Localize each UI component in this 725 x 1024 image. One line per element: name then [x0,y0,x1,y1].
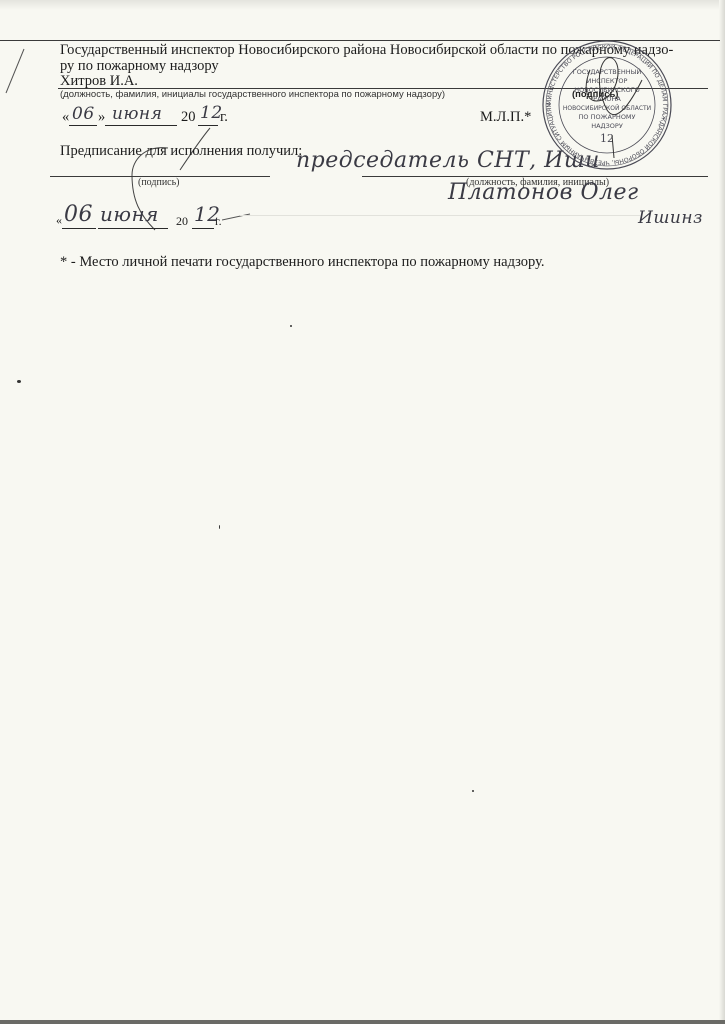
scan-edge-right [719,0,725,1024]
svg-text:ГОСУДАРСТВЕННЫЙ: ГОСУДАРСТВЕННЫЙ [573,67,642,76]
received-date-day-handwritten: 06 [64,202,93,227]
scan-speck [17,380,21,383]
scan-speck [290,325,292,327]
received-date-year-prefix: 20 [176,214,188,229]
footnote: * - Место личной печати государственного… [60,254,545,271]
received-date-day-underline [62,228,96,229]
official-stamp: МИНИСТЕРСТВО РОССИЙСКОЙ ФЕДЕРАЦИИ ПО ДЕЛ… [532,40,682,170]
svg-text:РАЙОНА: РАЙОНА [593,94,621,103]
signature-caption: (подпись) [138,177,180,188]
inspector-caption: (должность, фамилия, инициалы государств… [60,89,445,100]
scan-speck [472,790,474,792]
received-label: Предписание для исполнения получил: [60,143,302,160]
scan-edge-top [0,0,725,10]
svg-text:НОВОСИБИРСКОГО: НОВОСИБИРСКОГО [574,86,640,94]
received-date-open-quote: « [56,213,62,228]
received-date-year-underline [192,228,214,229]
received-date-month-underline [98,228,168,229]
svg-text:ИНСПЕКТОР: ИНСПЕКТОР [587,77,628,85]
stamp-seal-icon: МИНИСТЕРСТВО РОССИЙСКОЙ ФЕДЕРАЦИИ ПО ДЕЛ… [532,40,682,170]
received-name-handwritten-1: Платонов Олег [448,180,639,205]
margin-pen-mark [0,45,30,100]
show-through-line [240,215,640,216]
date-open-quote: « [62,109,69,126]
scan-edge-bottom [0,1020,725,1024]
date-close-quote: » [98,109,105,126]
received-date-suffix: г. [215,214,222,229]
received-date-month-handwritten: июня [100,202,159,226]
scan-speck [219,525,220,529]
svg-text:НАДЗОРУ: НАДЗОРУ [591,122,623,130]
svg-text:НОВОСИБИРСКОЙ ОБЛАСТИ: НОВОСИБИРСКОЙ ОБЛАСТИ [563,105,651,112]
date-flourish [222,210,252,224]
stamp-place-label: М.Л.П.* [480,109,531,126]
date-day-underline [69,125,97,126]
svg-text:ПО ПОЖАРНОМУ: ПО ПОЖАРНОМУ [578,113,635,121]
date-day-handwritten: 06 [72,104,95,124]
received-name-handwritten-2: Ишинз [638,208,703,228]
